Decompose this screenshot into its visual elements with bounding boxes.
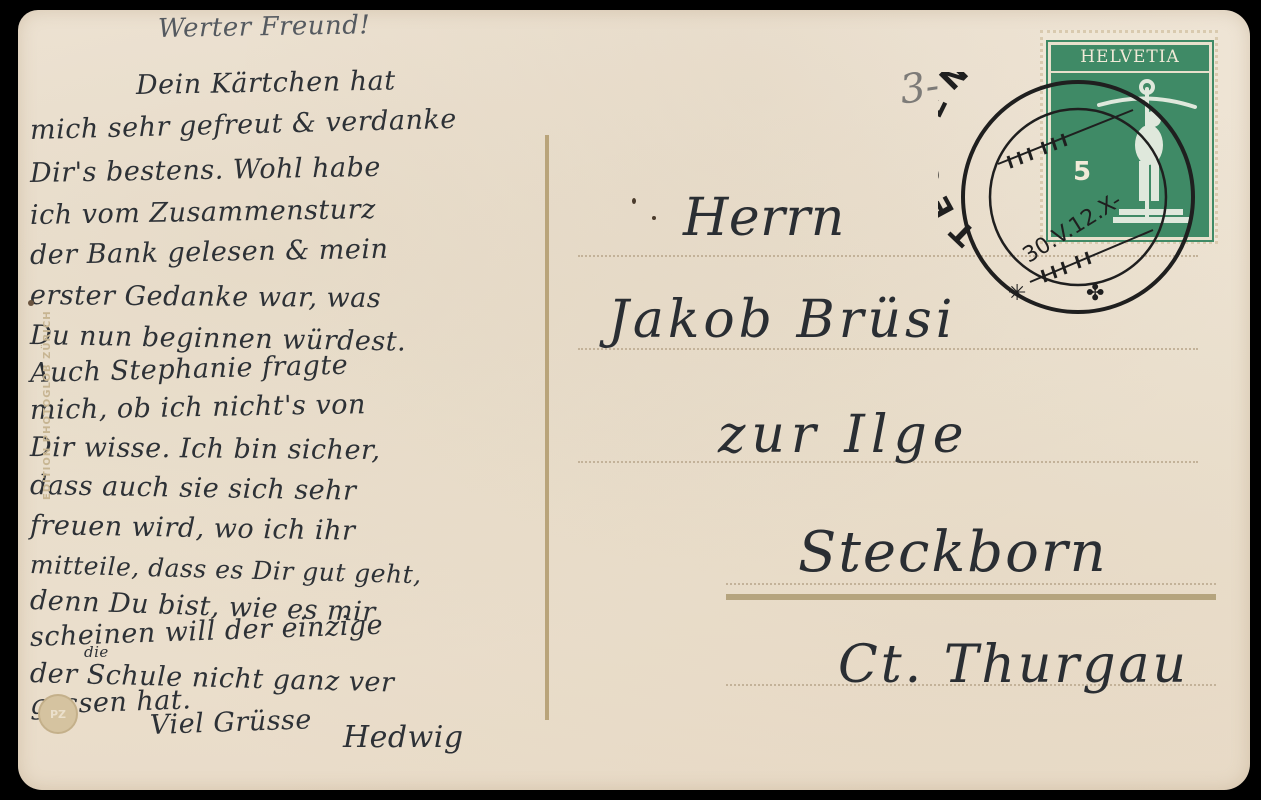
address-line2: zur Ilge [718, 405, 970, 465]
stain [632, 198, 636, 204]
message-signature: Hedwig [343, 720, 464, 755]
message-line: Dein Kärtchen hat [136, 65, 396, 101]
message-line: freuen wird, wo ich ihr [30, 510, 356, 547]
publisher-imprint: EDITION PHOTOGLOB ZÜRICH [42, 310, 53, 500]
message-line: Auch Stephanie fragte [30, 350, 349, 389]
postage-stamp: HELVETIA 5 [1048, 42, 1212, 240]
message-salutation: Werter Freund! [158, 10, 371, 44]
address-city: Steckborn [798, 520, 1108, 585]
message-line: Dir wisse. Ich bin sicher, [30, 432, 381, 466]
message-line: mich sehr gefreut & verdanke [30, 104, 458, 146]
message-line: Dir's bestens. Wohl habe [30, 152, 381, 189]
message-line: Du nun beginnen würdest. [30, 320, 407, 358]
address-line [578, 255, 1198, 257]
address-name: Jakob Brüsi [608, 290, 956, 350]
address-canton: Ct. Thurgau [838, 635, 1189, 695]
publisher-logo: PZ [38, 694, 78, 734]
address-salutation: Herrn [683, 188, 845, 248]
message-line: ich vom Zusammensturz [30, 194, 376, 231]
message-line: dass auch sie sich sehr [30, 470, 357, 507]
stamp-value: 5 [1073, 157, 1091, 187]
fee-note: 3- [897, 63, 942, 114]
stamp-country: HELVETIA [1051, 47, 1209, 67]
stain [28, 300, 34, 306]
message-closing: Viel Grüsse [149, 704, 312, 741]
divider-line [545, 135, 549, 720]
message-line: mich, ob ich nicht's von [30, 389, 366, 426]
message-line: mitteile, dass es Dir gut geht, [30, 550, 422, 589]
message-line: der Bank gelesen & mein [30, 234, 389, 271]
stain [652, 216, 656, 220]
message-insertion: die [84, 643, 109, 661]
city-underline [726, 594, 1216, 600]
crossbow-figure-icon [1091, 77, 1203, 227]
message-line: erster Gedanke war, was [30, 280, 381, 314]
stamp-band [1051, 71, 1209, 73]
